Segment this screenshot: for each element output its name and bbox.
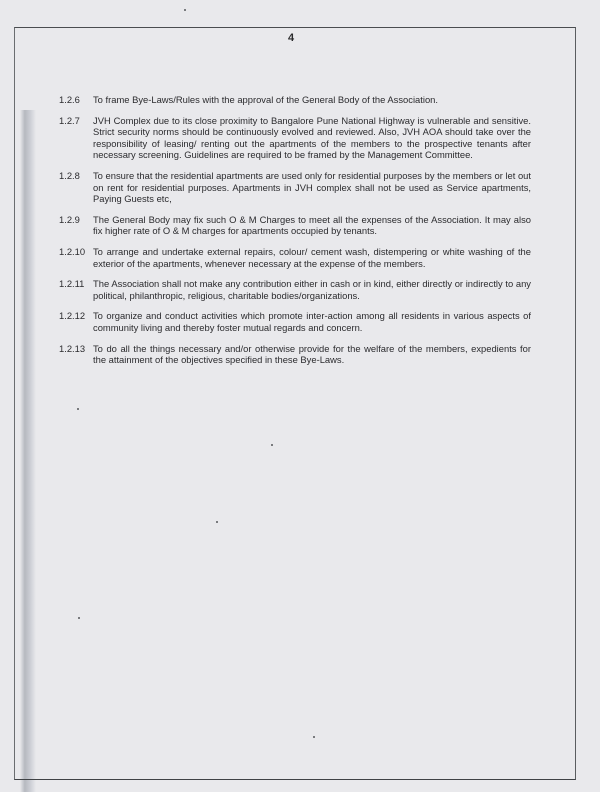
clause-number: 1.2.11 [59,278,93,301]
clause-1-2-7: 1.2.7 JVH Complex due to its close proxi… [59,115,531,161]
clause-number: 1.2.9 [59,214,93,237]
clause-text: To organize and conduct activities which… [93,310,531,333]
clause-1-2-9: 1.2.9 The General Body may fix such O & … [59,214,531,237]
clause-1-2-6: 1.2.6 To frame Bye-Laws/Rules with the a… [59,94,531,106]
scan-speck [78,617,80,619]
clause-text: The General Body may fix such O & M Char… [93,214,531,237]
clause-1-2-8: 1.2.8 To ensure that the residential apa… [59,170,531,205]
scan-speck [313,736,315,738]
clause-text: To arrange and undertake external repair… [93,246,531,269]
clause-number: 1.2.10 [59,246,93,269]
clause-number: 1.2.6 [59,94,93,106]
clause-list: 1.2.6 To frame Bye-Laws/Rules with the a… [59,94,531,375]
clause-1-2-10: 1.2.10 To arrange and undertake external… [59,246,531,269]
clause-number: 1.2.7 [59,115,93,161]
clause-1-2-11: 1.2.11 The Association shall not make an… [59,278,531,301]
clause-text: The Association shall not make any contr… [93,278,531,301]
clause-text: To do all the things necessary and/or ot… [93,343,531,366]
clause-text: To frame Bye-Laws/Rules with the approva… [93,94,531,106]
scan-speck [271,444,273,446]
clause-text: JVH Complex due to its close proximity t… [93,115,531,161]
scan-speck [77,408,79,410]
clause-1-2-13: 1.2.13 To do all the things necessary an… [59,343,531,366]
scan-speck [216,521,218,523]
clause-number: 1.2.8 [59,170,93,205]
page-number: 4 [288,32,294,44]
clause-text: To ensure that the residential apartment… [93,170,531,205]
clause-number: 1.2.12 [59,310,93,333]
scan-speck [184,9,186,11]
clause-number: 1.2.13 [59,343,93,366]
clause-1-2-12: 1.2.12 To organize and conduct activitie… [59,310,531,333]
